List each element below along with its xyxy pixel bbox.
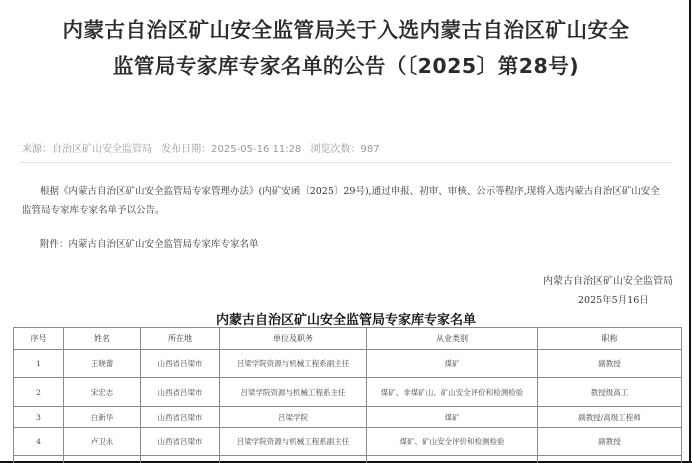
cell-name: 宋宏志 bbox=[64, 378, 141, 407]
meta-publish-date: 发布日期：2025-05-16 11:28 bbox=[161, 144, 301, 155]
cell-category: 煤矿 bbox=[367, 407, 538, 428]
cell-empty bbox=[64, 456, 141, 463]
meta-divider bbox=[20, 162, 672, 163]
table-row: 1 王晓蕾 山西省吕梁市 吕梁学院资源与机械工程系副主任 煤矿 副教授 bbox=[14, 350, 682, 378]
table-row-partial bbox=[14, 456, 682, 463]
header-title: 职称 bbox=[538, 328, 682, 350]
cell-title: 教授级高工 bbox=[538, 378, 682, 407]
cell-unit-position: 吕梁学院资源与机械工程系副主任 bbox=[220, 428, 367, 456]
cell-location: 山西省吕梁市 bbox=[141, 350, 220, 378]
cell-unit-position: 吕梁学院资源与机械工程系副主任 bbox=[220, 350, 367, 378]
cell-location: 山西省吕梁市 bbox=[141, 407, 220, 428]
page-frame-right-border bbox=[689, 0, 691, 463]
header-location: 所在地 bbox=[141, 328, 220, 350]
signature-date: 2025年5月16日 bbox=[578, 292, 649, 306]
meta-source: 来源：自治区矿山安全监管局 bbox=[22, 144, 152, 155]
meta-views: 浏览次数：987 bbox=[311, 144, 380, 155]
header-category: 从业类别 bbox=[367, 328, 538, 350]
cell-empty bbox=[14, 456, 64, 463]
attachment-link[interactable]: 附件：内蒙古自治区矿山安全监管局专家库专家名单 bbox=[40, 236, 259, 250]
cell-location: 山西省吕梁市 bbox=[141, 378, 220, 407]
expert-table: 序号 姓名 所在地 单位及职务 从业类别 职称 1 王晓蕾 山西省吕梁市 吕梁学… bbox=[13, 327, 682, 463]
cell-empty bbox=[367, 456, 538, 463]
article-meta: 来源：自治区矿山安全监管局 发布日期：2025-05-16 11:28 浏览次数… bbox=[22, 140, 386, 155]
cell-title: 副教授 bbox=[538, 428, 682, 456]
table-title: 内蒙古自治区矿山安全监管局专家库专家名单 bbox=[160, 309, 532, 328]
table-row: 3 白新华 山西省吕梁市 吕梁学院 煤矿 副教授/高级工程师 bbox=[14, 407, 682, 428]
cell-unit-position: 吕梁学院 bbox=[220, 407, 367, 428]
cell-category: 煤矿、非煤矿山、矿山安全评价和检测检验 bbox=[367, 378, 538, 407]
header-unit-position: 单位及职务 bbox=[220, 328, 367, 350]
cell-empty bbox=[220, 456, 367, 463]
cell-index: 4 bbox=[14, 428, 64, 456]
signature-org: 内蒙古自治区矿山安全监管局 bbox=[543, 272, 673, 287]
cell-name: 卢卫永 bbox=[64, 428, 141, 456]
cell-empty bbox=[538, 456, 682, 463]
cell-empty bbox=[141, 456, 220, 463]
cell-index: 2 bbox=[14, 378, 64, 407]
cell-unit-position: 吕梁学院资源与机械工程系主任 bbox=[220, 378, 367, 407]
cell-name: 王晓蕾 bbox=[64, 350, 141, 378]
cell-category: 煤矿 bbox=[367, 350, 538, 378]
cell-title: 副教授/高级工程师 bbox=[538, 407, 682, 428]
article-body: 根据《内蒙古自治区矿山安全监管局专家管理办法》(内矿安函〔2025〕29号),通… bbox=[22, 182, 664, 220]
article-title: 内蒙古自治区矿山安全监管局关于入选内蒙古自治区矿山安全监管局专家库专家名单的公告… bbox=[60, 12, 632, 84]
header-index: 序号 bbox=[14, 328, 64, 350]
table-row: 2 宋宏志 山西省吕梁市 吕梁学院资源与机械工程系主任 煤矿、非煤矿山、矿山安全… bbox=[14, 378, 682, 407]
cell-name: 白新华 bbox=[64, 407, 141, 428]
table-row: 4 卢卫永 山西省吕梁市 吕梁学院资源与机械工程系副主任 煤矿、矿山安全评价和检… bbox=[14, 428, 682, 456]
cell-title: 副教授 bbox=[538, 350, 682, 378]
cell-index: 3 bbox=[14, 407, 64, 428]
table-header-row: 序号 姓名 所在地 单位及职务 从业类别 职称 bbox=[14, 328, 682, 350]
cell-category: 煤矿、矿山安全评价和检测检验 bbox=[367, 428, 538, 456]
cell-location: 山西省吕梁市 bbox=[141, 428, 220, 456]
cell-index: 1 bbox=[14, 350, 64, 378]
header-name: 姓名 bbox=[64, 328, 141, 350]
